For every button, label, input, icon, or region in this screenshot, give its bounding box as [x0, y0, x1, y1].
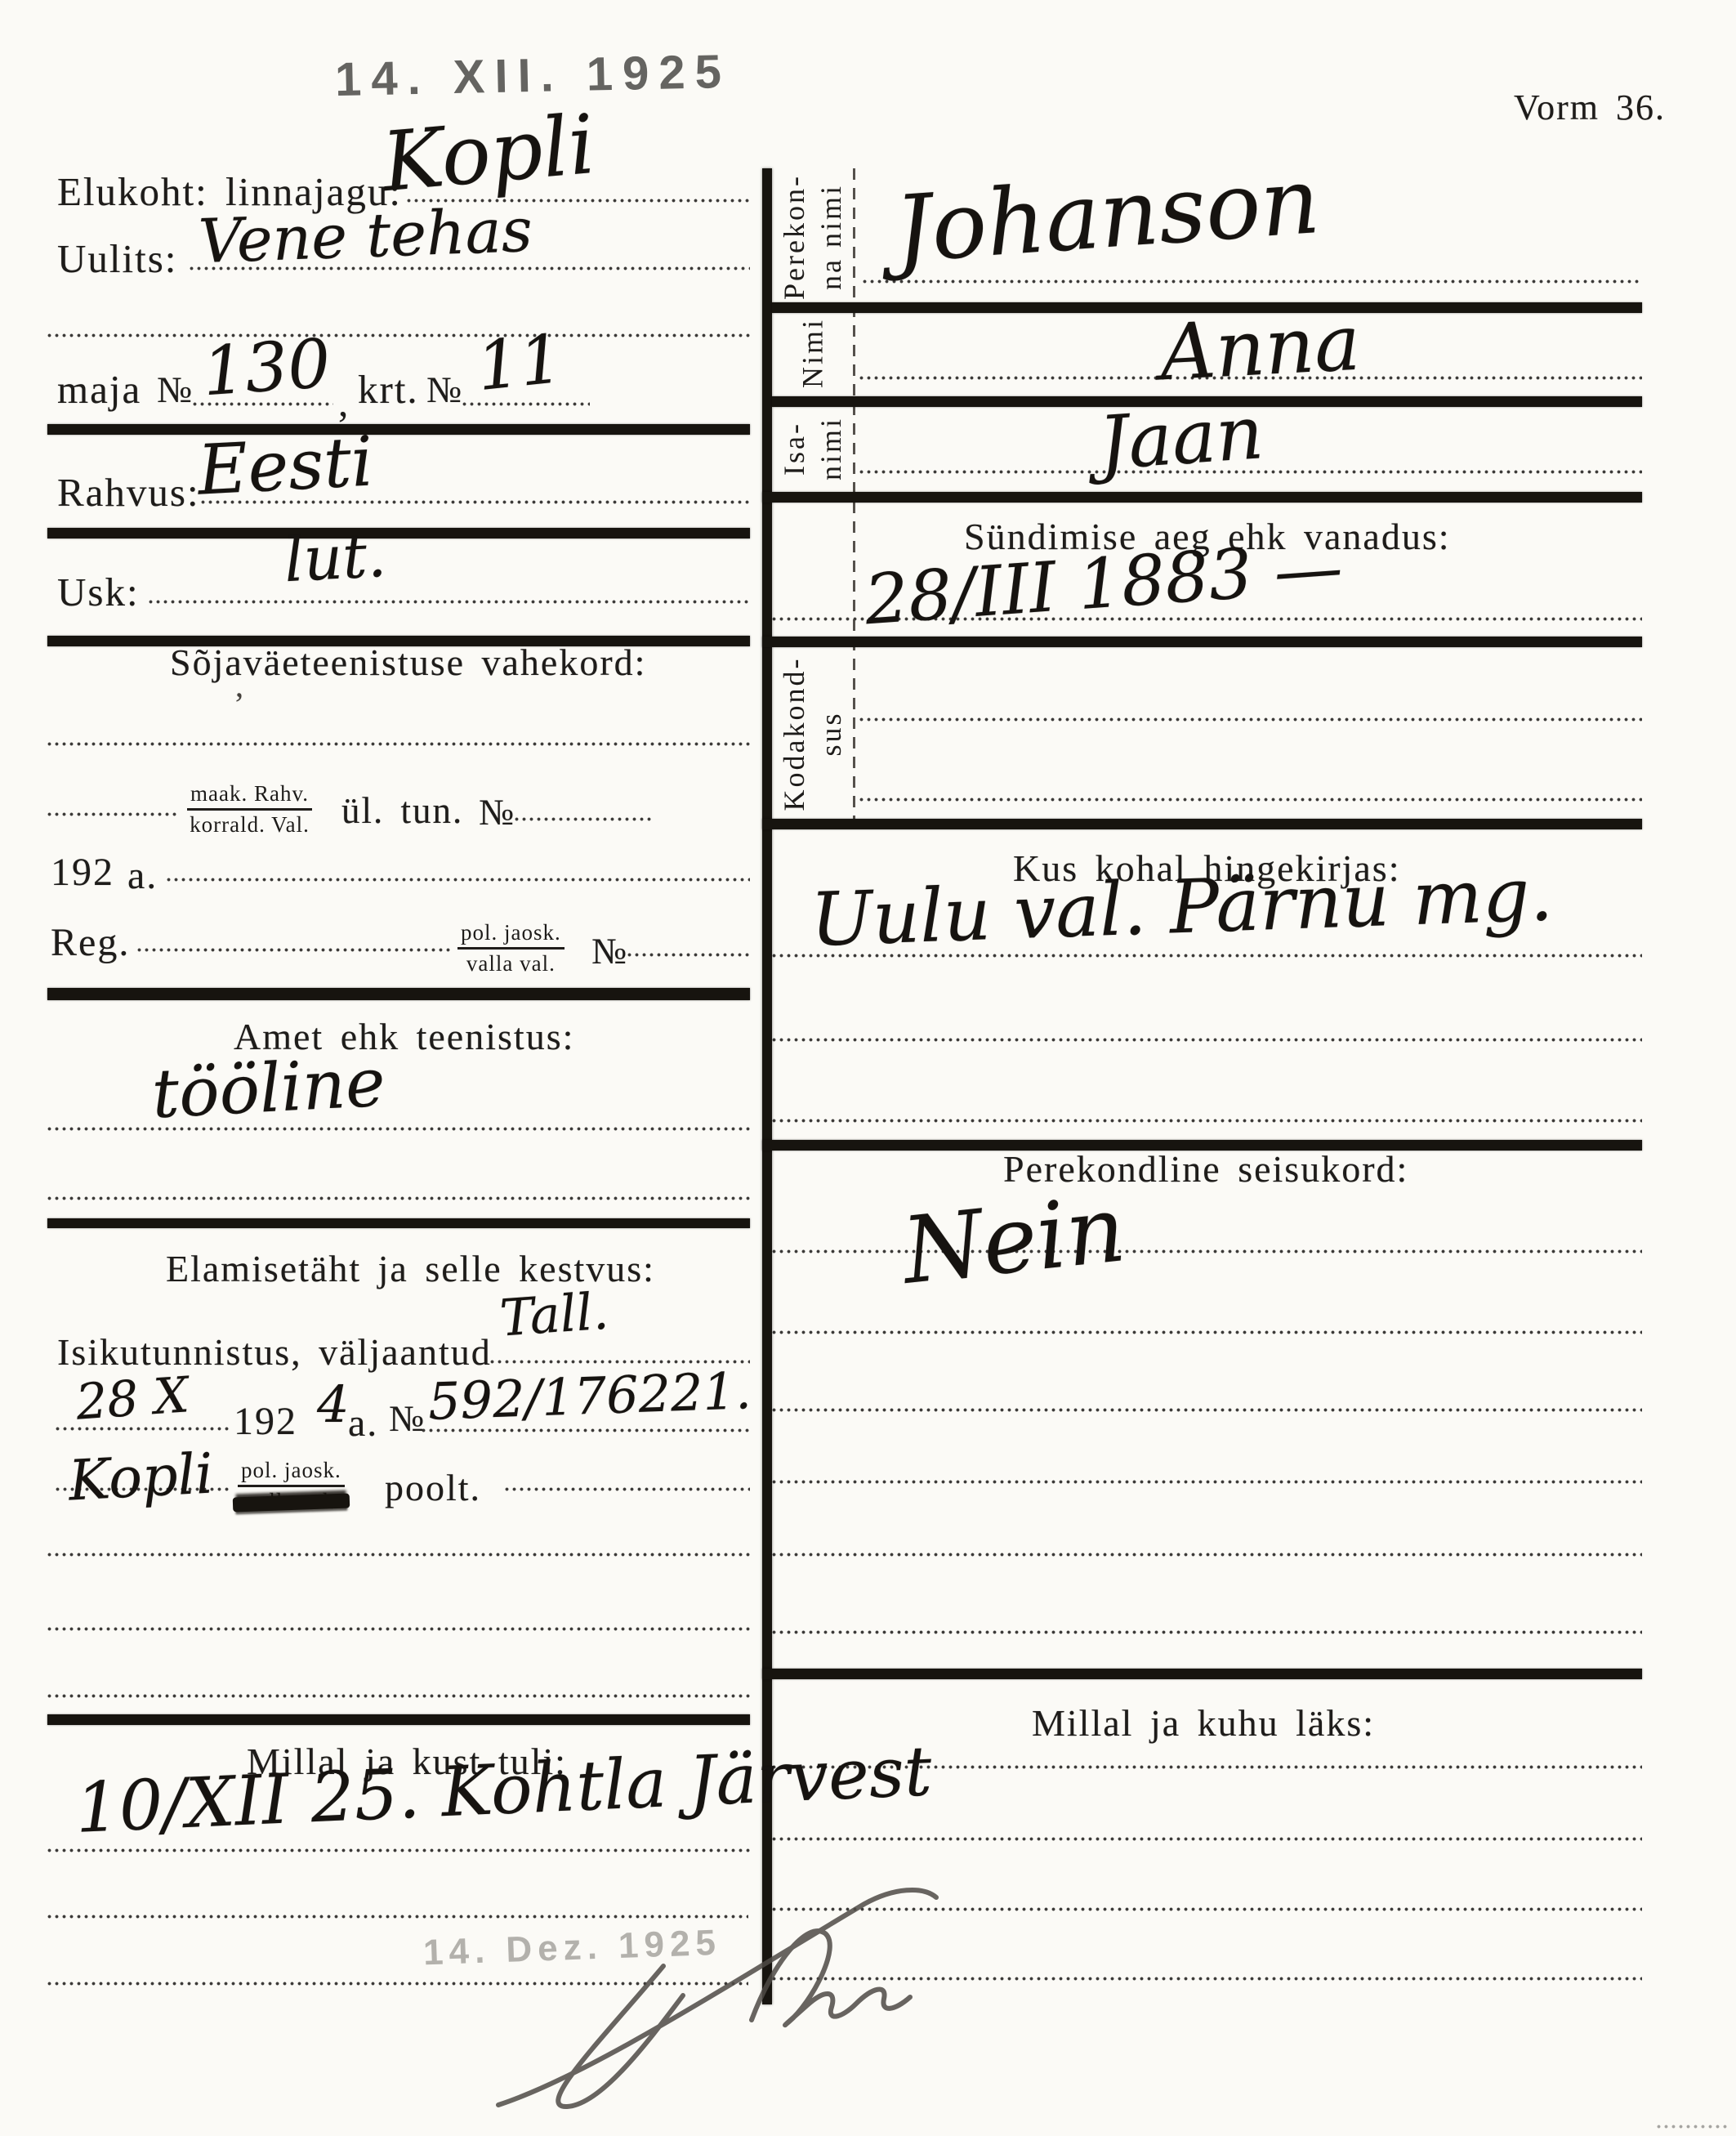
frac-bottom-text: valla val.	[457, 950, 565, 976]
seisukord-value-handwriting: Nein	[899, 1183, 1129, 1298]
pol-jaosk-valla-val-fraction: pol. jaosk. valla val.	[457, 920, 565, 976]
usk-label: Usk:	[57, 572, 140, 612]
section-divider	[47, 424, 750, 435]
year-printed: 192	[234, 1402, 297, 1441]
dotted-line	[47, 812, 176, 816]
nimi-value-handwriting: Anna	[1158, 306, 1363, 393]
issue-date-handwriting: 28 X	[74, 1370, 190, 1427]
rahvus-label: Rahvus:	[57, 472, 200, 512]
dotted-line	[47, 1127, 750, 1131]
numero-sign: №	[157, 372, 194, 409]
numero-sign: №	[426, 372, 463, 409]
dotted-line	[627, 953, 750, 957]
dotted-line	[47, 333, 750, 337]
numero-sign: №	[479, 794, 515, 831]
krt-label: krt.	[358, 369, 419, 409]
registration-form-page: 14. XII. 1925 Vorm 36. Kopli Elukoht: li…	[0, 0, 1736, 2136]
dotted-line	[47, 742, 750, 746]
dotted-line	[772, 1038, 1642, 1042]
isanimi-label: Isa- nimi	[776, 417, 850, 480]
section-divider	[762, 1669, 1642, 1679]
pol-jaosk-valla-val-fraction: pol. jaosk. valla val.	[238, 1458, 345, 1514]
dotted-line	[772, 1630, 1642, 1634]
hingekirjas-value-handwriting: Uulu val. Pärnu mg.	[810, 858, 1555, 958]
laks-heading: Millal ja kuhu läks:	[1032, 1705, 1375, 1742]
isanimi-value-handwriting: Jaan	[1096, 396, 1265, 481]
section-divider	[47, 528, 750, 538]
dotted-line	[137, 948, 451, 952]
dotted-line	[47, 1848, 750, 1852]
section-divider	[47, 1714, 750, 1725]
uulits-value-handwriting: Vene tehas	[198, 200, 533, 272]
reg-label: Reg.	[51, 923, 130, 963]
dotted-line	[863, 279, 1642, 284]
maak-rahv-korrald-val-fraction: maak. Rahv. korrald. Val.	[187, 781, 312, 838]
dotted-line	[47, 1627, 750, 1631]
maja-label: maja	[57, 369, 141, 409]
dotted-line	[772, 1553, 1642, 1557]
nimi-label: Nimi	[795, 318, 832, 388]
perekonnanimi-label: Perekon- na nimi	[776, 174, 850, 300]
frac-bottom-text-struck: valla val.	[238, 1487, 345, 1514]
form-number: Vorm 36.	[1514, 90, 1666, 126]
column-divider	[762, 168, 772, 2004]
perekonnanimi-value-handwriting: Johanson	[892, 155, 1323, 276]
year-digit-handwriting: 4	[317, 1379, 349, 1430]
kodakondsus-label: Kodakond- sus	[776, 657, 850, 811]
dotted-line	[47, 1196, 750, 1200]
dotted-line	[47, 1553, 750, 1557]
stray-apostrophe-mark: ’	[234, 688, 246, 721]
year-192-label: 192	[51, 853, 114, 892]
millal-tuli-value-handwriting: 10/XII 25. Kohtla Järvest	[74, 1736, 934, 1843]
comma: ,	[338, 382, 350, 422]
section-divider	[762, 819, 1642, 829]
issuer-handwriting: Kopli	[67, 1446, 214, 1509]
dotted-line	[772, 1480, 1642, 1484]
rahvus-value-handwriting: Eesti	[196, 427, 375, 504]
section-divider	[47, 1218, 750, 1228]
amet-value-handwriting: tööline	[150, 1050, 386, 1129]
uulits-label: Uulits:	[57, 239, 177, 279]
dotted-line	[47, 1694, 750, 1698]
dotted-line	[772, 1330, 1642, 1334]
dotted-line	[859, 798, 1642, 802]
a-label: a.	[348, 1404, 378, 1443]
signature	[482, 1886, 972, 2123]
date-received-stamp: 14. XII. 1925	[334, 48, 731, 104]
dotted-line	[149, 600, 750, 604]
a-label: a.	[127, 856, 158, 896]
dotted-line	[772, 1837, 1642, 1841]
numero-sign: №	[591, 933, 628, 970]
dotted-line	[505, 1487, 750, 1491]
isikutunnistus-label: Isikutunnistus, väljaantud	[57, 1334, 492, 1371]
dotted-line	[772, 1119, 1642, 1123]
elukoht-value-handwriting: Kopli	[379, 104, 598, 203]
dotted-line	[772, 1408, 1642, 1412]
ul-tun-label: ül. tun.	[341, 793, 463, 829]
numero-sign: №	[389, 1401, 426, 1437]
dotted-line	[167, 878, 750, 882]
frac-bottom-text: korrald. Val.	[187, 811, 312, 838]
dotted-line	[859, 717, 1642, 722]
frac-top-text: maak. Rahv.	[187, 781, 312, 811]
krt-number-handwriting: 11	[474, 326, 565, 401]
poolt-label: poolt.	[385, 1469, 481, 1507]
section-divider	[762, 492, 1642, 503]
document-number-handwriting: 592/176221.	[427, 1365, 752, 1428]
scan-artifact-dashes	[1657, 2125, 1727, 2129]
usk-value-handwriting: lut.	[283, 525, 387, 591]
military-section-heading: Sõjaväeteenistuse vahekord:	[170, 644, 646, 681]
frac-top-text: pol. jaosk.	[238, 1458, 345, 1487]
dotted-line	[515, 817, 652, 821]
frac-top-text: pol. jaosk.	[457, 920, 565, 950]
maja-number-handwriting: 130	[200, 331, 332, 407]
section-divider	[47, 988, 750, 1000]
isikutunnistus-place-handwriting: Tall.	[498, 1285, 610, 1343]
